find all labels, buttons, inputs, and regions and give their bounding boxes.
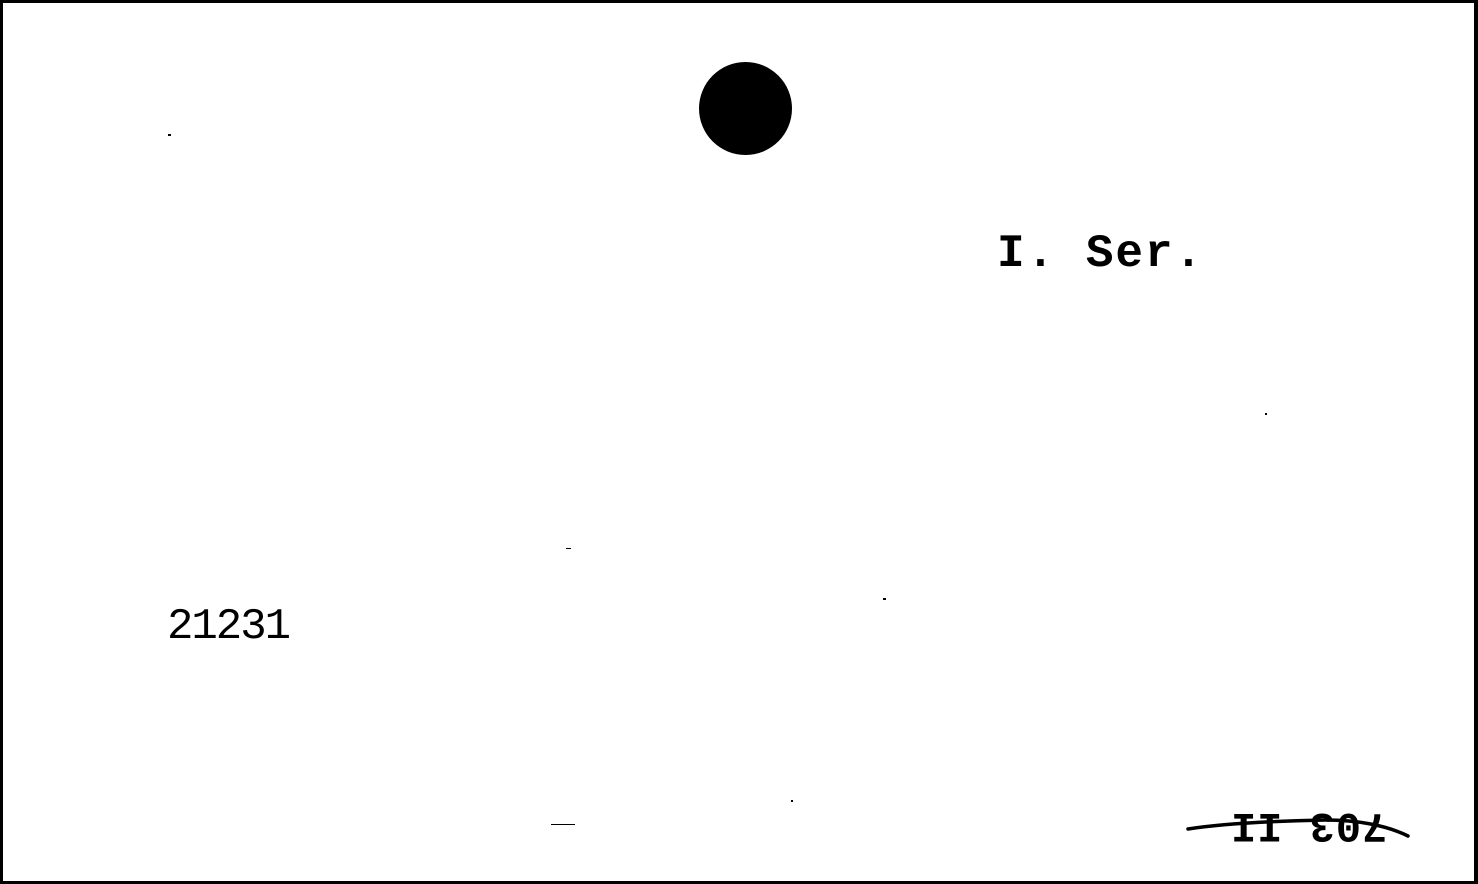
struck-through-note: 703 II	[1186, 803, 1411, 847]
scan-speck	[883, 598, 886, 600]
scan-speck	[566, 548, 571, 549]
punch-hole-icon	[699, 62, 792, 155]
series-label: I. Ser.	[997, 231, 1204, 277]
strike-line-icon	[1186, 803, 1411, 847]
catalog-card: I. Ser. 21231 703 II	[0, 0, 1478, 884]
card-number: 21231	[167, 605, 289, 649]
scan-speck	[791, 800, 793, 802]
scan-speck	[1265, 413, 1267, 415]
scan-speck	[168, 134, 171, 136]
scan-speck	[551, 824, 575, 825]
